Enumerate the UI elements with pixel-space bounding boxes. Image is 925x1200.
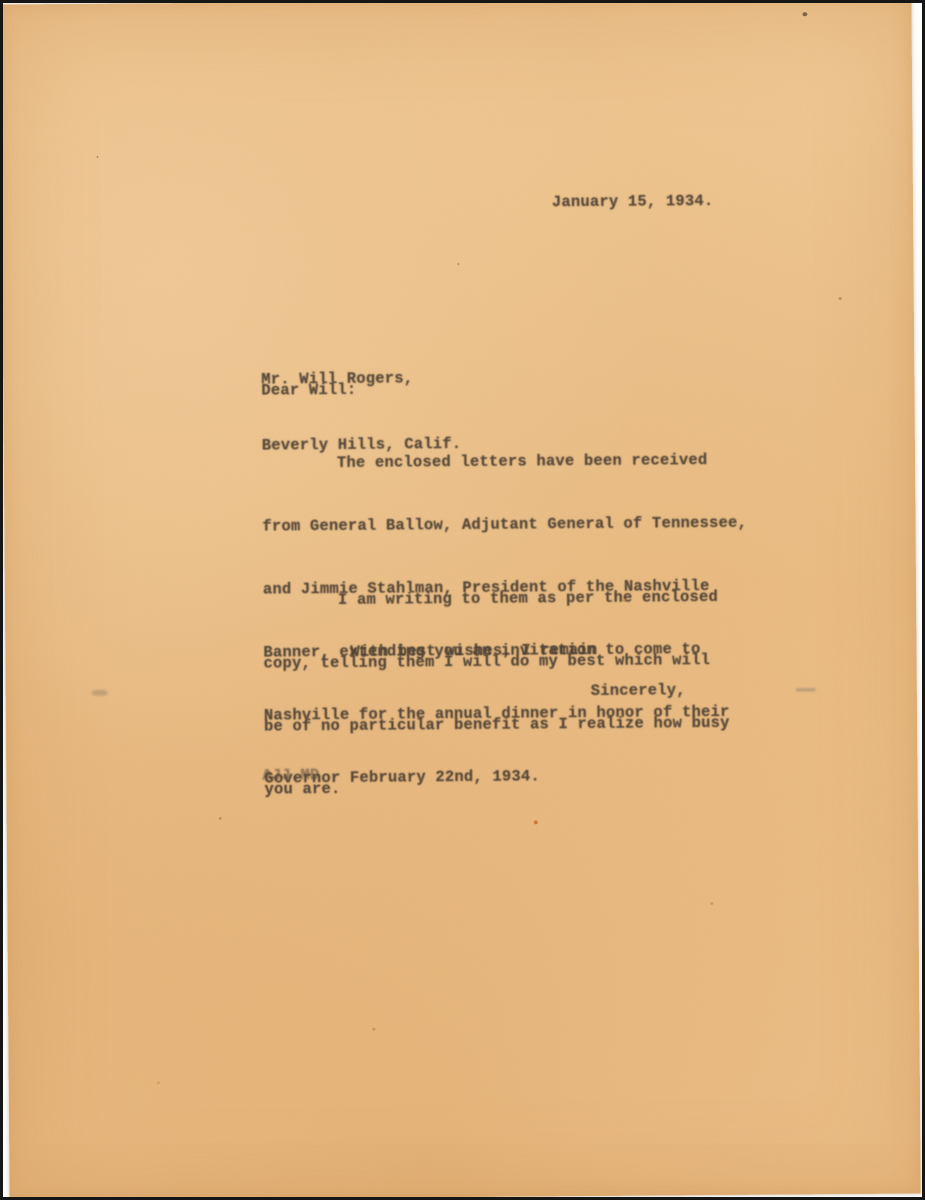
letter-paper: January 15, 1934. Mr. Will Rogers, Bever…	[0, 0, 920, 1200]
paper-speck	[97, 156, 99, 158]
paper-speck	[710, 902, 713, 905]
body-line: from General Ballow, Adjutant General of…	[262, 513, 747, 538]
salutation-line: Dear Will:	[261, 380, 356, 402]
scanned-letter-image: January 15, 1934. Mr. Will Rogers, Bever…	[0, 0, 925, 1200]
paper-speck	[157, 1081, 160, 1084]
date-line: January 15, 1934.	[552, 191, 714, 213]
closing-line: With best wishes, I remain	[350, 640, 597, 663]
signoff-line: Sincerely,	[591, 680, 686, 702]
reference-initials: AJJ.MD	[262, 765, 319, 786]
paper-speck	[219, 817, 222, 820]
body-line: I am writing to them as per the enclosed	[263, 587, 729, 612]
paper-speck	[839, 297, 842, 300]
paper-speck	[457, 263, 459, 265]
body-line: be of no particular benefit as I realize…	[264, 713, 730, 738]
paper-speck	[802, 12, 807, 16]
pencil-mark	[796, 688, 816, 691]
body-line: The enclosed letters have been received	[262, 450, 747, 475]
body-line: you are.	[264, 776, 730, 801]
paper-smudge	[92, 690, 108, 696]
paper-speck	[372, 1028, 375, 1031]
